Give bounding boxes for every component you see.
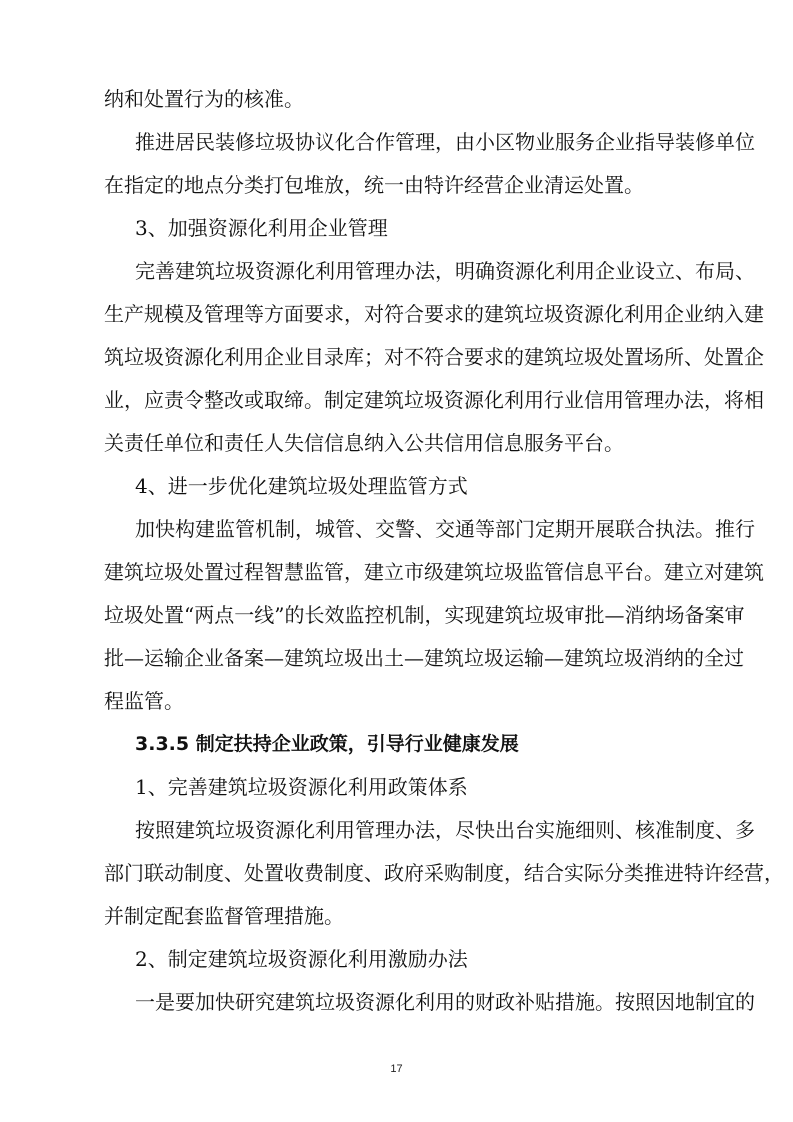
paragraph-line: 加快构建监管机制，城管、交警、交通等部门定期开展联合执法。推行 [135, 514, 720, 544]
subsection-title: 4、进一步优化建筑垃圾处理监管方式 [135, 471, 468, 501]
subsection-title: 2、制定建筑垃圾资源化利用激励办法 [135, 944, 468, 974]
paragraph-line: 批—运输企业备案—建筑垃圾出土—建筑垃圾运输—建筑垃圾消纳的全过 [104, 643, 720, 673]
paragraph-line: 业，应责令整改或取缔。制定建筑垃圾资源化利用行业信用管理办法，将相 [104, 385, 720, 415]
paragraph-line: 垃圾处置“两点一线”的长效监控机制，实现建筑垃圾审批—消纳场备案审 [104, 600, 720, 630]
subsection-title: 1、完善建筑垃圾资源化利用政策体系 [135, 772, 468, 802]
paragraph-line: 建筑垃圾处置过程智慧监管，建立市级建筑垃圾监管信息平台。建立对建筑 [104, 557, 720, 587]
paragraph-line: 并制定配套监督管理措施。 [104, 901, 344, 931]
paragraph-line: 部门联动制度、处置收费制度、政府采购制度，结合实际分类推进特许经营， [104, 858, 720, 888]
paragraph-line: 推进居民装修垃圾协议化合作管理，由小区物业服务企业指导装修单位 [135, 127, 720, 157]
section-heading: 3.3.5 制定扶持企业政策，引导行业健康发展 [135, 729, 519, 759]
page-number: 17 [0, 1063, 793, 1075]
paragraph-line: 在指定的地点分类打包堆放，统一由特许经营企业清运处置。 [104, 170, 644, 200]
paragraph-line: 关责任单位和责任人失信信息纳入公共信用信息服务平台。 [104, 428, 624, 458]
paragraph-line: 筑垃圾资源化利用企业目录库；对不符合要求的建筑垃圾处置场所、处置企 [104, 342, 720, 372]
paragraph-line: 生产规模及管理等方面要求，对符合要求的建筑垃圾资源化利用企业纳入建 [104, 299, 720, 329]
subsection-title: 3、加强资源化利用企业管理 [135, 213, 388, 243]
paragraph-line: 按照建筑垃圾资源化利用管理办法，尽快出台实施细则、核准制度、多 [135, 815, 720, 845]
paragraph-line: 程监管。 [104, 686, 184, 716]
paragraph-line: 完善建筑垃圾资源化利用管理办法，明确资源化利用企业设立、布局、 [135, 256, 720, 286]
paragraph-line: 一是要加快研究建筑垃圾资源化利用的财政补贴措施。按照因地制宜的 [135, 987, 720, 1017]
paragraph-line: 纳和处置行为的核准。 [104, 84, 304, 114]
